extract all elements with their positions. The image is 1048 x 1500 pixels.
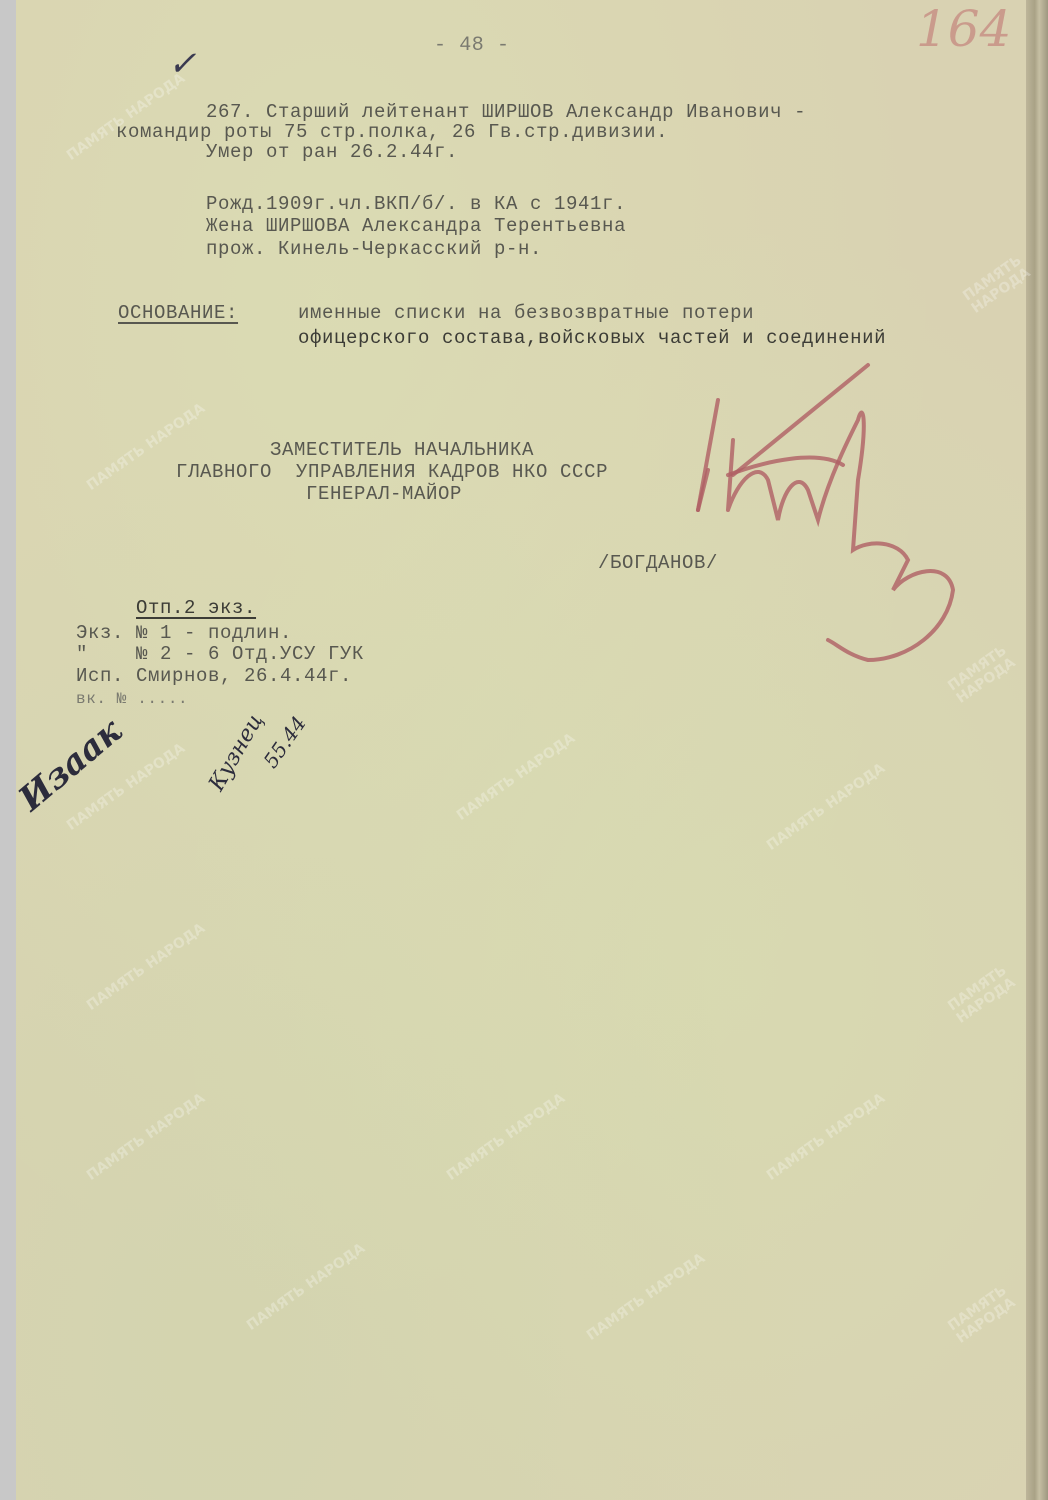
distribution-line-4: вк. № ..... bbox=[76, 689, 188, 709]
watermark: ПАМЯТЬ НАРОДА bbox=[764, 1091, 888, 1184]
distribution-line-3: Исп. Смирнов, 26.4.44г. bbox=[76, 666, 352, 686]
handwritten-note-center-1: Кузнец bbox=[204, 710, 268, 796]
page-number: - 48 - bbox=[434, 36, 510, 56]
entry-line-1: 267. Старший лейтенант ШИРШОВ Александр … bbox=[206, 102, 806, 122]
distribution-line-1: Экз. № 1 - подлин. bbox=[76, 623, 292, 643]
watermark: ПАМЯТЬ НАРОДА bbox=[584, 1251, 708, 1344]
watermark: ПАМЯТЬ НАРОДА bbox=[454, 731, 578, 824]
basis-line-1: именные списки на безвозвратные потери bbox=[298, 303, 754, 323]
entry-line-4: Рожд.1909г.чл.ВКП/б/. в КА с 1941г. bbox=[206, 194, 626, 214]
watermark: ПАМЯТЬ НАРОДА bbox=[64, 71, 188, 164]
archive-sheet-number: 164 bbox=[916, 0, 1011, 58]
entry-line-6: прож. Кинель-Черкасский р-н. bbox=[206, 239, 542, 259]
signatory-title-1: ЗАМЕСТИТЕЛЬ НАЧАЛЬНИКА bbox=[270, 440, 534, 460]
handwritten-note-left: Изаак bbox=[11, 711, 129, 819]
entry-line-2: командир роты 75 стр.полка, 26 Гв.стр.ди… bbox=[116, 122, 668, 142]
checkmark-icon: ✓ bbox=[168, 44, 197, 84]
signature-image bbox=[668, 360, 988, 680]
entry-line-5: Жена ШИРШОВА Александра Терентьевна bbox=[206, 216, 626, 236]
watermark: ПАМЯТЬ НАРОДА bbox=[84, 1091, 208, 1184]
signatory-title-3: ГЕНЕРАЛ-МАЙОР bbox=[306, 484, 462, 504]
basis-line-2: офицерского состава,войсковых частей и с… bbox=[298, 328, 886, 348]
basis-label: ОСНОВАНИЕ: bbox=[118, 303, 238, 323]
document-page: ПАМЯТЬ НАРОДА ПАМЯТЬ НАРОДА ПАМЯТЬ НАРОД… bbox=[16, 0, 1048, 1500]
watermark: ПАМЯТЬ НАРОДА bbox=[84, 921, 208, 1014]
signatory-title-2: ГЛАВНОГО УПРАВЛЕНИЯ КАДРОВ НКО СССР bbox=[176, 462, 608, 482]
entry-line-3: Умер от ран 26.2.44г. bbox=[206, 142, 458, 162]
binding-edge bbox=[1026, 0, 1048, 1500]
watermark: ПАМЯТЬ НАРОДА bbox=[244, 1241, 368, 1334]
watermark: ПАМЯТЬ НАРОДА bbox=[444, 1091, 568, 1184]
distribution-header: Отп.2 экз. bbox=[136, 598, 256, 618]
distribution-line-2: " № 2 - 6 Отд.УСУ ГУК bbox=[76, 644, 364, 664]
watermark: ПАМЯТЬ НАРОДА bbox=[764, 761, 888, 854]
